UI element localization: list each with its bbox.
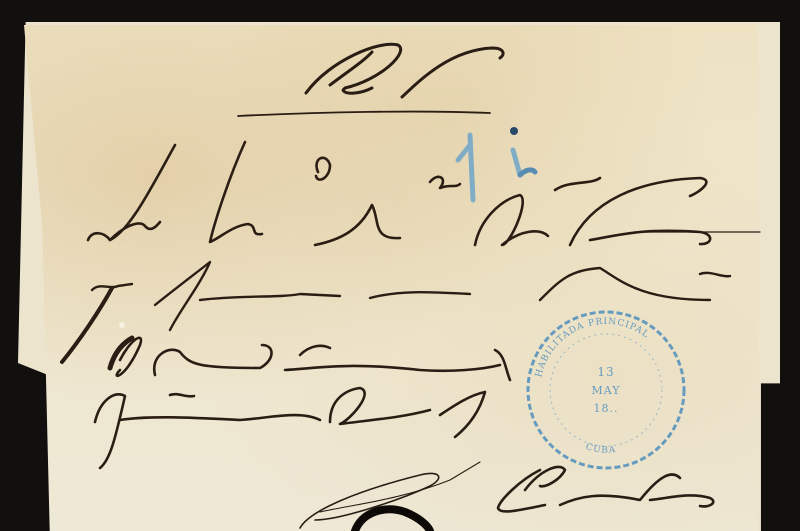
ink-blot-loop (355, 509, 430, 531)
scanned-letter-image: HABILITADA PRINCIPAL CUBA 13 MAY 18.. R.… (0, 0, 800, 531)
postmark-month: MAY (591, 384, 620, 397)
signature-cristobal (498, 467, 713, 512)
postmark-outer-text: HABILITADA PRINCIPAL (534, 317, 651, 379)
postmark-year: 18.. (594, 402, 619, 415)
address-line-2 (62, 262, 730, 362)
blue-numeral-marking (458, 135, 535, 200)
address-line-3 (110, 338, 510, 380)
ink-dot (510, 127, 518, 135)
handwriting-layer: HABILITADA PRINCIPAL CUBA 13 MAY 18.. (0, 0, 800, 531)
signature-flourish (300, 462, 480, 528)
address-line-4 (95, 388, 485, 468)
header-underline (238, 112, 490, 116)
postmark-day: 13 (597, 365, 614, 379)
postmark-bottom-text: CUBA (584, 442, 617, 456)
address-line-1 (88, 142, 760, 245)
blue-circular-postmark: HABILITADA PRINCIPAL CUBA 13 MAY 18.. (528, 312, 684, 468)
header-mark-rs (306, 44, 503, 97)
paper-hole (119, 322, 125, 328)
